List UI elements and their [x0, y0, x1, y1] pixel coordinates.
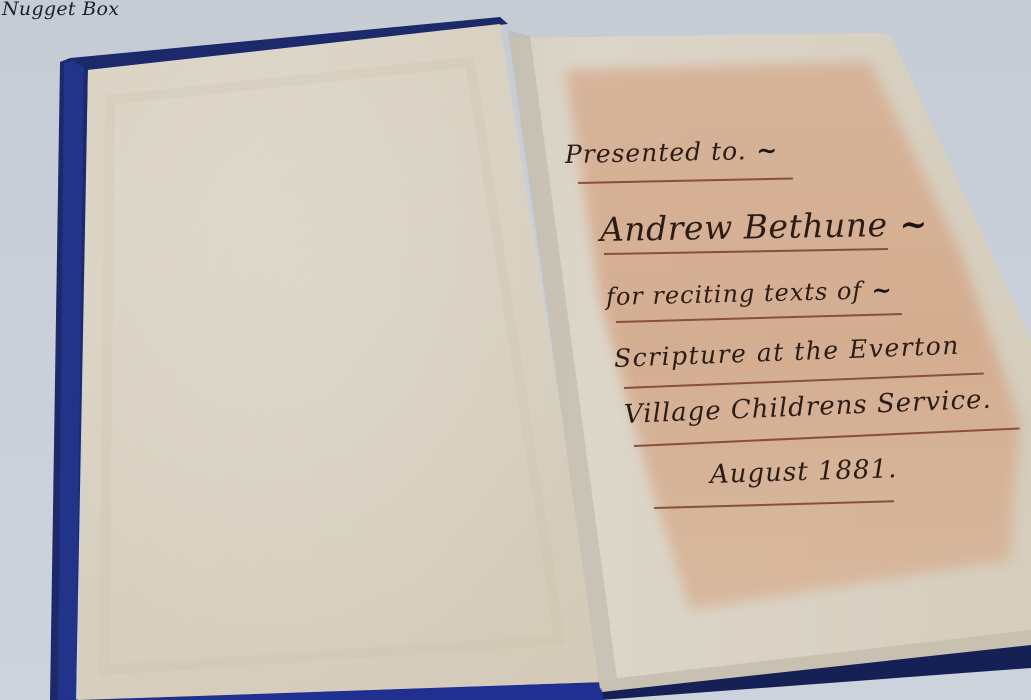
- inscription-text: Presented to.: [565, 136, 747, 169]
- watermark: Nugget Box: [2, 0, 119, 20]
- inscription-line-date: August 1881.: [710, 454, 898, 490]
- inscription-text: Andrew Bethune: [600, 205, 888, 249]
- flourish-mark: ~: [862, 275, 893, 305]
- inscription-text: August 1881.: [710, 454, 898, 490]
- inscription-line-presented: Presented to. ~: [565, 136, 779, 169]
- flourish-mark: ~: [746, 136, 778, 166]
- book-photo: Presented to. ~ Andrew Bethune ~ for rec…: [0, 0, 1031, 700]
- flourish-mark: ~: [887, 204, 928, 244]
- inscription-line-recipient: Andrew Bethune ~: [600, 204, 928, 249]
